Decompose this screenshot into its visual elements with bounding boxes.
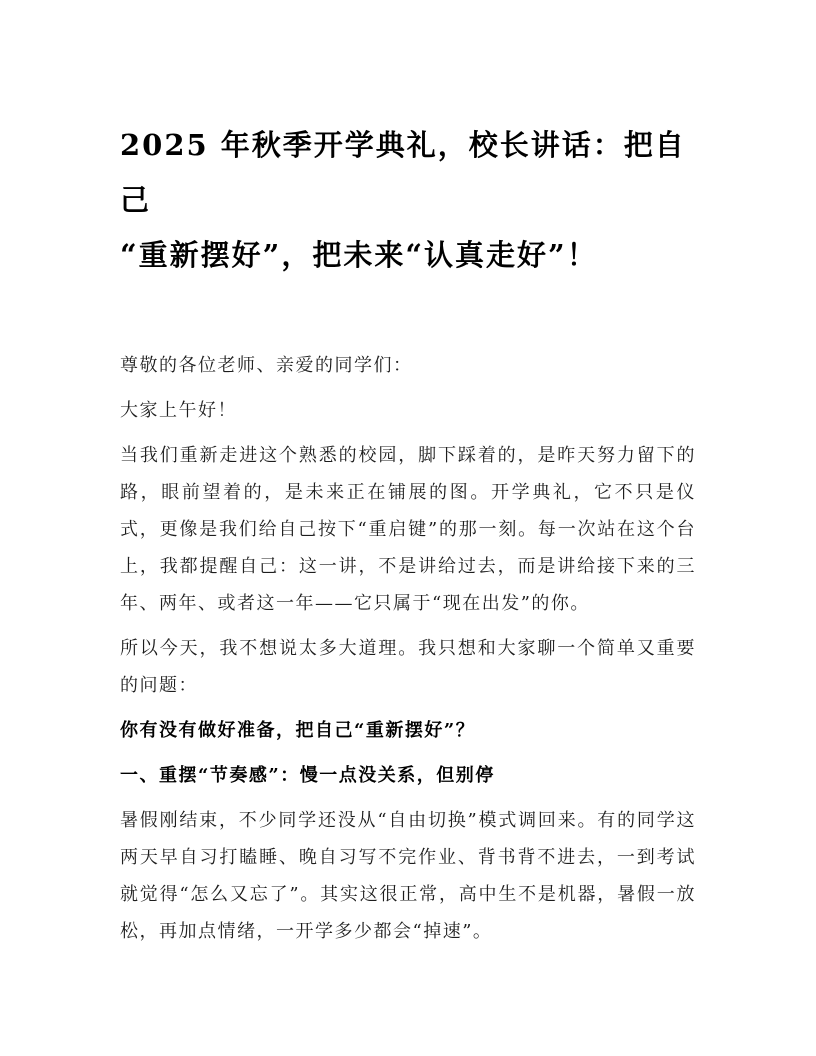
paragraph-section-1-body: 暑假刚结束，不少同学还没从“自由切换”模式调回来。有的同学这两天早自习打瞌睡、晚… bbox=[120, 802, 696, 950]
paragraph-opening: 当我们重新走进这个熟悉的校园，脚下踩着的，是昨天努力留下的路，眼前望着的，是未来… bbox=[120, 437, 696, 622]
key-question: 你有没有做好准备，把自己“重新摆好”？ bbox=[120, 712, 696, 749]
salutation: 尊敬的各位老师、亲爱的同学们： bbox=[120, 347, 696, 384]
section-heading-1: 一、重摆“节奏感”：慢一点没关系，但别停 bbox=[120, 757, 696, 794]
document-title-line-2: “重新摆好”，把未来“认真走好”！ bbox=[120, 228, 696, 283]
document-title-line-1: 2025 年秋季开学典礼，校长讲话：把自己 bbox=[120, 118, 696, 228]
paragraph-lead-in: 所以今天，我不想说太多大道理。我只想和大家聊一个简单又重要的问题： bbox=[120, 630, 696, 704]
greeting: 大家上午好！ bbox=[120, 392, 696, 429]
document-content: 2025 年秋季开学典礼，校长讲话：把自己 “重新摆好”，把未来“认真走好”！ … bbox=[120, 118, 696, 958]
document-page: 2025 年秋季开学典礼，校长讲话：把自己 “重新摆好”，把未来“认真走好”！ … bbox=[0, 0, 816, 1056]
document-title: 2025 年秋季开学典礼，校长讲话：把自己 “重新摆好”，把未来“认真走好”！ bbox=[120, 118, 696, 283]
